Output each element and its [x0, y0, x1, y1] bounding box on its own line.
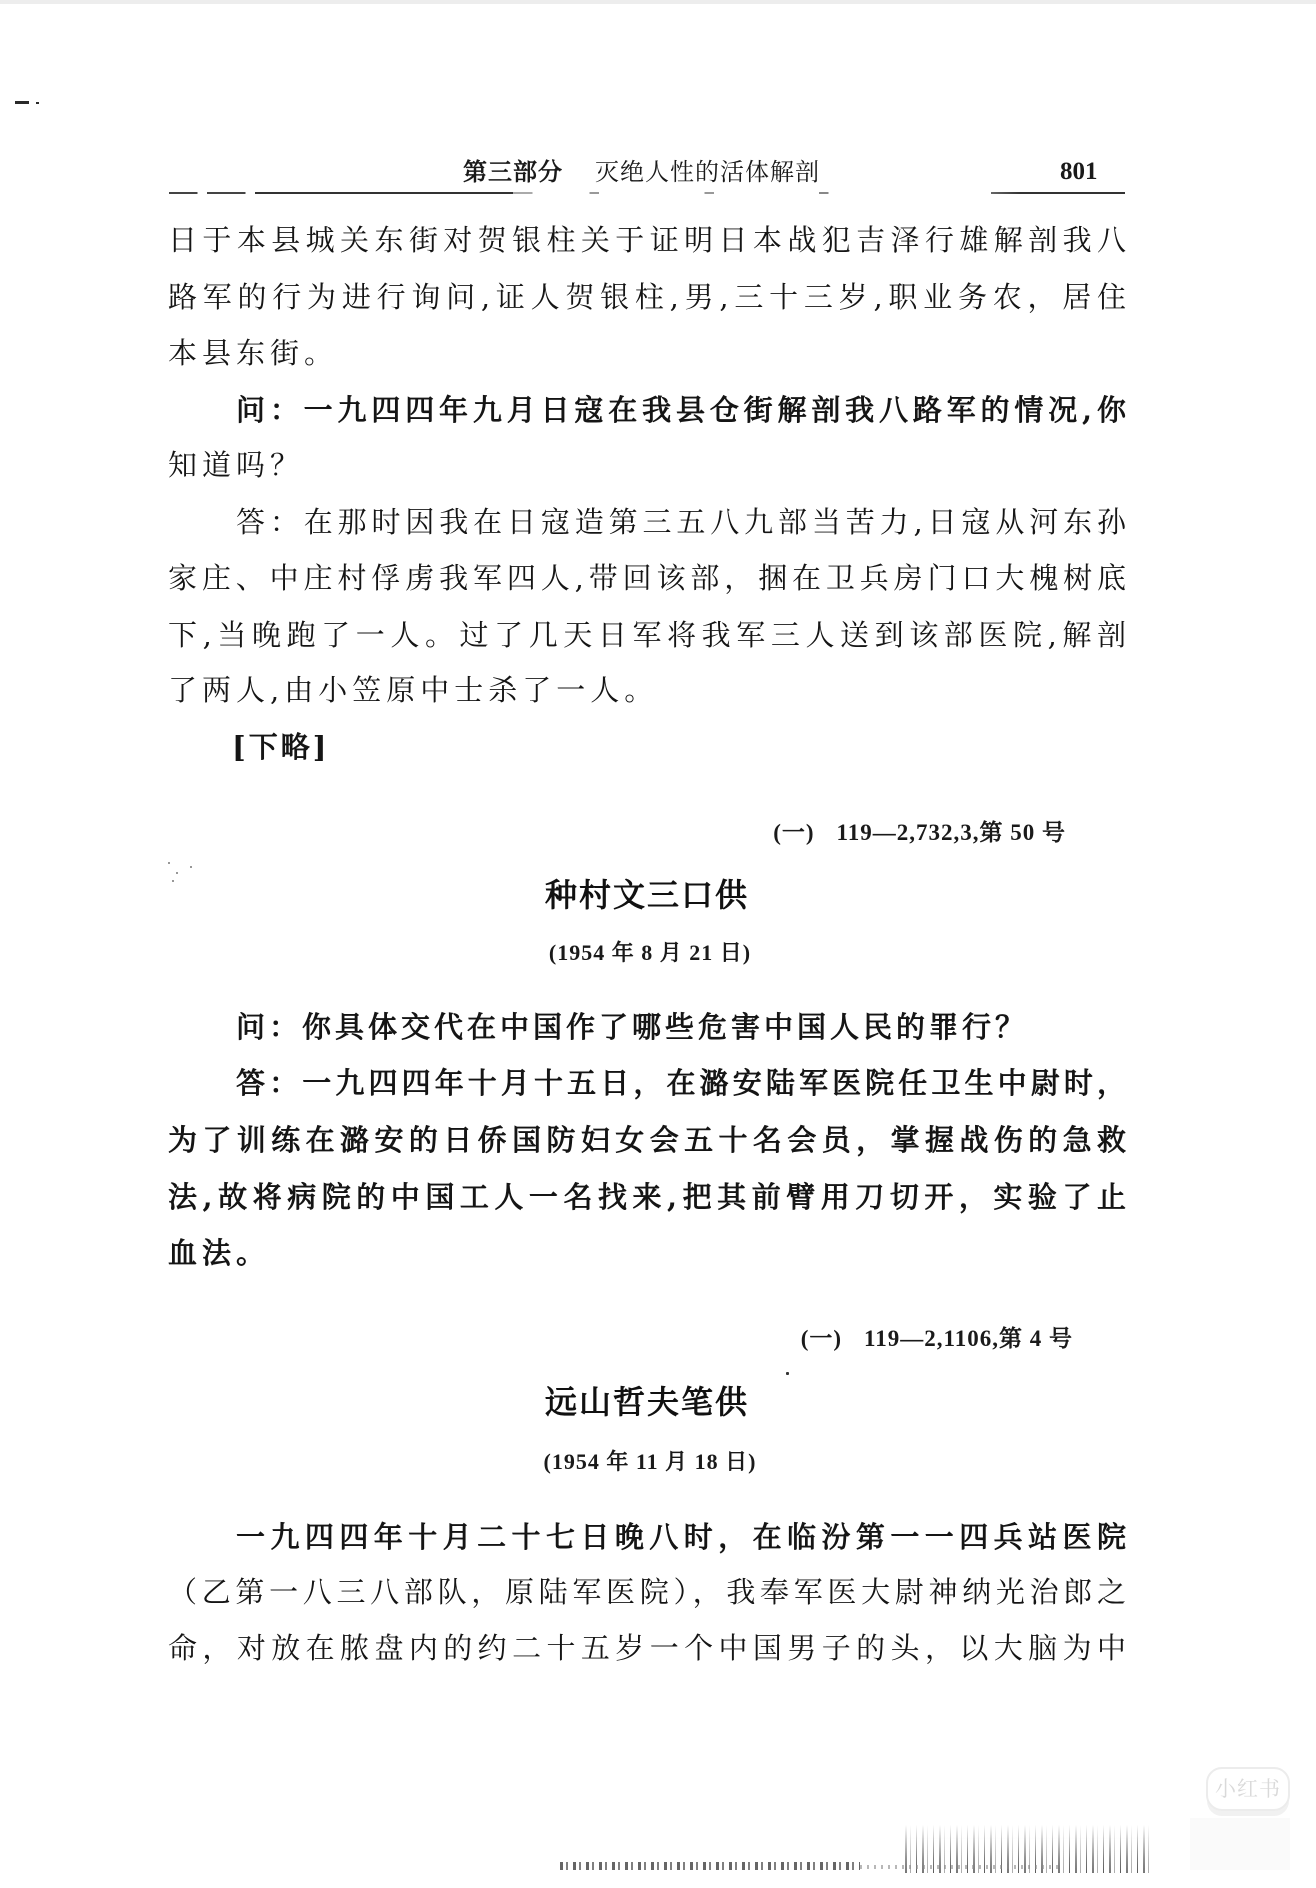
answer-line: 血法。 [168, 1233, 1126, 1273]
scan-speck [168, 862, 170, 864]
archive-reference: (一)119—2,732,3,第 50 号 [746, 782, 1066, 816]
paragraph-line: 日于本县城关东街对贺银柱关于证明日本战犯吉泽行雄解剖我八 [168, 220, 1126, 260]
question-line: 问：你具体交代在中国作了哪些危害中国人民的罪行？ [236, 1007, 1126, 1047]
answer-line: 为了训练在潞安的日侨国防妇女会五十名会员，掌握战伤的急救 [168, 1120, 1126, 1160]
watermark-logo: 小红书 [1206, 1767, 1290, 1811]
header-rule [169, 192, 1125, 194]
paragraph-line: （乙第一八三八部队，原陆军医院），我奉军医大尉神纳光治郎之 [168, 1572, 1126, 1612]
scan-speck [190, 866, 192, 868]
paragraph-line: 路军的行为进行询问,证人贺银柱,男,三十三岁,职业务农，居住 [168, 277, 1126, 317]
header-chapter-title: 灭绝人性的活体解剖 [595, 156, 820, 188]
answer-line: 家庄、中庄村俘虏我军四人,带回该部，捆在卫兵房门口大槐树底 [168, 558, 1126, 598]
answer-line: 下,当晚跑了一人。过了几天日军将我军三人送到该部医院,解剖 [168, 615, 1126, 655]
section-date: (1954 年 8 月 21 日) [168, 936, 1132, 970]
scan-speck [36, 102, 39, 104]
page-number: 801 [1060, 156, 1098, 188]
watermark-shadow [1190, 1818, 1290, 1870]
reference-marker: (一) [801, 1326, 842, 1351]
scan-smear [560, 1862, 860, 1870]
section-date: (1954 年 11 月 18 日) [168, 1445, 1132, 1479]
paragraph-line: 命，对放在脓盘内的约二十五岁一个中国男子的头，以大脑为中 [168, 1628, 1126, 1668]
answer-line: 了两人,由小笠原中士杀了一人。 [168, 670, 1126, 710]
paragraph-line: 本县东街。 [168, 333, 1126, 373]
section-title: 种村文三口供 [168, 873, 1126, 917]
section-title: 远山哲夫笔供 [168, 1380, 1126, 1424]
reference-number: 119—2,1106,第 4 号 [864, 1326, 1073, 1351]
question-line: 问：一九四四年九月日寇在我县仓街解剖我八路军的情况,你 [236, 390, 1126, 430]
answer-line: 法,故将病院的中国工人一名找来,把其前臂用刀切开，实验了止 [168, 1177, 1126, 1217]
scan-smear [860, 1865, 1060, 1869]
paragraph-line: 一九四四年十月二十七日晚八时，在临汾第一一四兵站医院 [236, 1517, 1126, 1557]
reference-number: 119—2,732,3,第 50 号 [837, 820, 1066, 845]
scan-speck [786, 1372, 789, 1375]
answer-line: 答：在那时因我在日寇造第三五八九部当苦力,日寇从河东孙 [236, 502, 1126, 542]
scan-top-edge [0, 0, 1316, 4]
scan-speck [15, 101, 29, 104]
header-part-label: 第三部分 [463, 156, 563, 188]
answer-line: 答：一九四四年十月十五日，在潞安陆军医院任卫生中尉时， [236, 1063, 1126, 1103]
archive-reference: (一)119—2,1106,第 4 号 [774, 1288, 1073, 1322]
omission-note: [下略] [232, 727, 329, 767]
reference-marker: (一) [773, 820, 814, 845]
question-line: 知道吗？ [168, 445, 1126, 485]
